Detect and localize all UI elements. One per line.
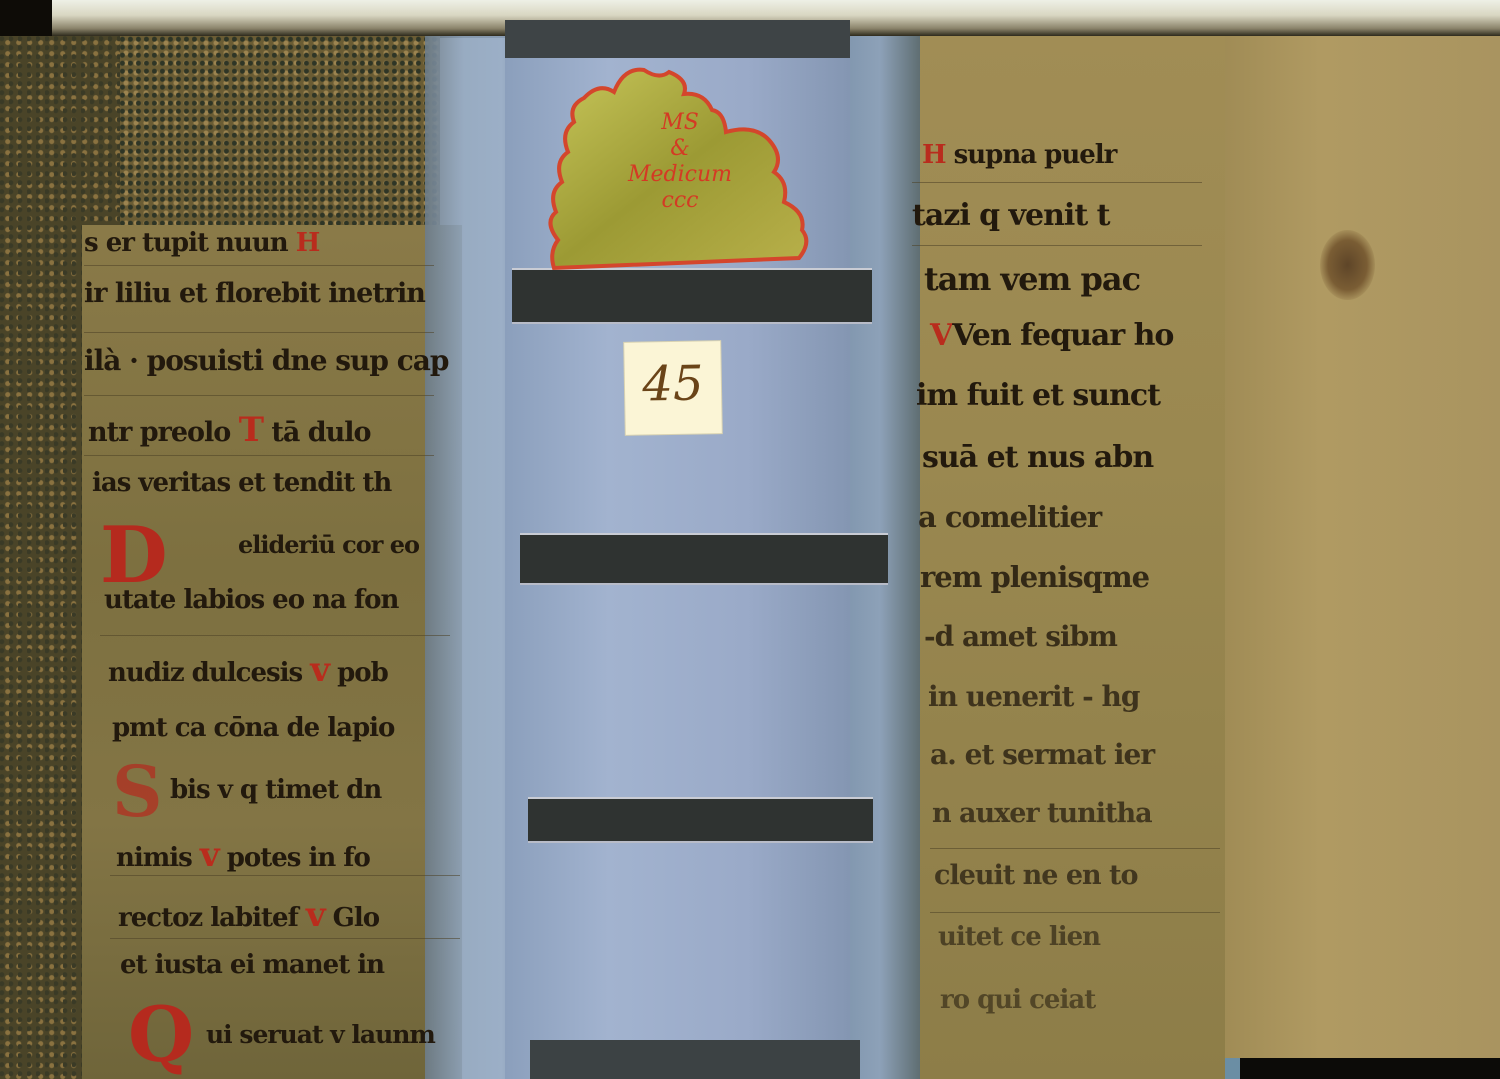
bottom-right-edge	[1200, 1058, 1500, 1079]
ruling-line	[100, 635, 450, 636]
left-line-11: nimis v potes in fo	[116, 835, 370, 875]
spine-band-1	[512, 268, 872, 324]
top-left-shadow	[0, 0, 52, 38]
right-line-4: VVen fequar ho	[930, 318, 1173, 353]
left-line-7: utate labios eo na fon	[104, 585, 398, 615]
spine-tailcap	[530, 1040, 860, 1079]
ruling-line	[110, 938, 460, 939]
right-line-5: im fuit et sunct	[916, 378, 1160, 413]
title-line-3: Medicum	[544, 162, 816, 188]
gilt-title-label: MS & Medicum ccc	[544, 62, 816, 274]
left-line-9: pmt ca cōna de lapio	[112, 713, 394, 743]
right-line-11: a. et sermat ier	[930, 738, 1154, 771]
left-line-14: ui seruat v launm	[206, 1020, 435, 1049]
left-line-10: bis v q timet dn	[170, 775, 381, 805]
left-line-12: rectoz labitef v Glo	[118, 895, 379, 935]
ruling-line	[930, 848, 1220, 849]
right-line-14: uitet ce lien	[938, 922, 1100, 952]
ink-stain	[1320, 230, 1375, 300]
ruling-line	[84, 455, 434, 456]
left-line-1: s er tupit nuun H	[84, 228, 319, 258]
left-line-13: et iusta ei manet in	[120, 950, 384, 980]
left-line-3: ilà · posuisti dne sup cap	[84, 344, 448, 377]
ruling-line	[912, 182, 1202, 183]
right-line-15: ro qui ceiat	[940, 985, 1095, 1015]
left-line-8: nudiz dulcesis v pob	[108, 650, 388, 690]
spine-headcap	[505, 20, 850, 58]
title-line-4: ccc	[544, 188, 816, 214]
ruling-line	[930, 912, 1220, 913]
red-initial-s: S	[112, 750, 163, 833]
right-line-9: -d amet sibm	[924, 620, 1117, 653]
right-line-12: n auxer tunitha	[932, 798, 1152, 829]
right-line-7: a comelitier	[918, 500, 1101, 534]
ruling-line	[84, 265, 434, 266]
spine-band-3	[528, 797, 873, 843]
right-line-8: rem plenisqme	[920, 560, 1149, 594]
right-line-6: suā et nus abn	[922, 440, 1153, 475]
ruling-line	[84, 332, 434, 333]
right-line-3: tam vem pac	[924, 260, 1140, 298]
right-line-1: H supna puelr	[922, 140, 1116, 170]
shelfmark-number: 45	[624, 355, 721, 413]
left-line-5: ias veritas et tendit th	[92, 468, 391, 498]
right-line-2: tazi q venit t	[912, 198, 1109, 233]
spine-band-2	[520, 533, 888, 585]
right-line-13: cleuit ne en to	[934, 860, 1138, 891]
right-line-10: in uenerit - hg	[928, 680, 1139, 713]
right-board	[1200, 36, 1500, 1079]
ruling-line	[84, 395, 434, 396]
left-line-2: ir liliu et florebit inetrin	[84, 278, 425, 309]
left-line-6: elideriū cor eo	[238, 530, 419, 559]
spine-title-text: MS & Medicum ccc	[544, 110, 816, 214]
ruling-line	[912, 245, 1202, 246]
ruling-line	[110, 875, 460, 876]
red-initial-q: Q	[128, 990, 194, 1079]
shelfmark-label: 45	[624, 341, 722, 435]
left-line-4: ntr preolo T tā dulo	[88, 410, 371, 450]
title-line-1: MS	[544, 110, 816, 136]
title-line-2: &	[544, 136, 816, 162]
